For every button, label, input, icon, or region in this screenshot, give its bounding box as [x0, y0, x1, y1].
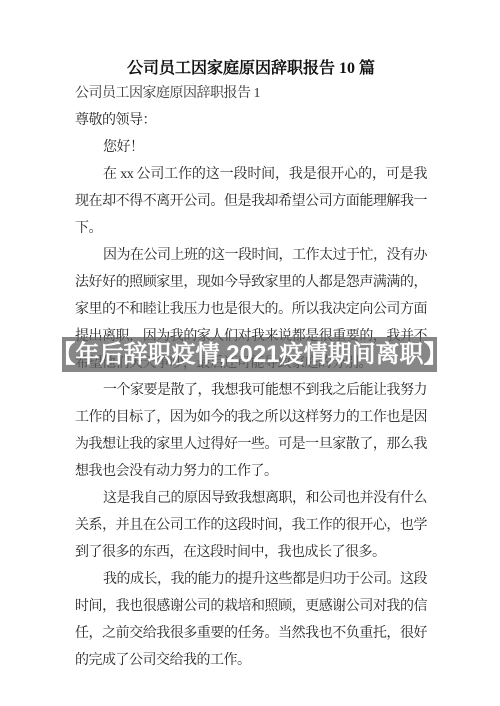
- watermark-text: 【年后辞职疫情,2021疫情期间离职】: [51, 337, 447, 372]
- body-paragraph: 在 xx 公司工作的这一段时间，我是很开心的，可是我现在却不得不离开公司。但是我…: [75, 161, 427, 242]
- greeting-line: 您好！: [75, 134, 427, 161]
- body-paragraph: 我的成长，我的能力的提升这些都是归功于公司。这段时间，我也很感谢公司的栽培和照顾…: [75, 566, 427, 674]
- salutation-line: 尊敬的领导：: [75, 107, 427, 134]
- document-title: 公司员工因家庭原因辞职报告 10 篇: [75, 58, 427, 80]
- document-page: 公司员工因家庭原因辞职报告 10 篇 公司员工因家庭原因辞职报告 1 尊敬的领导…: [0, 0, 500, 706]
- watermark-overlay: 【年后辞职疫情,2021疫情期间离职】: [62, 337, 437, 372]
- section-heading: 公司员工因家庭原因辞职报告 1: [75, 80, 427, 107]
- body-paragraph: 这是我自己的原因导致我想离职，和公司也并没有什么关系，并且在公司工作的这段时间，…: [75, 485, 427, 566]
- body-paragraph: 一个家要是散了，我想我可能想不到我之后能让我努力工作的目标了，因为如今的我之所以…: [75, 377, 427, 485]
